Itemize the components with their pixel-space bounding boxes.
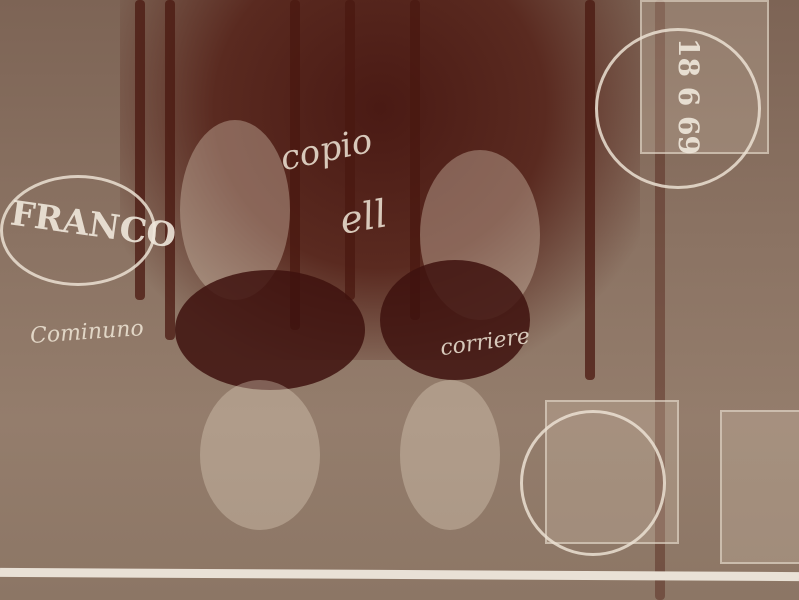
postage-stamp — [720, 410, 799, 564]
snail-reflection-right — [400, 380, 500, 530]
light-band — [0, 568, 799, 581]
snail-shell-right — [380, 260, 530, 380]
script-text: ell — [337, 191, 391, 242]
streak — [165, 0, 175, 340]
snail-shell-left — [175, 270, 365, 390]
streak — [585, 0, 595, 380]
snail-reflection-left — [200, 380, 320, 530]
postmark-date: 18 6 69 — [672, 38, 705, 155]
collage-image: FRANCO 18 6 69 copio ell Cominuno corrie… — [0, 0, 799, 600]
round-postmark — [520, 410, 666, 556]
